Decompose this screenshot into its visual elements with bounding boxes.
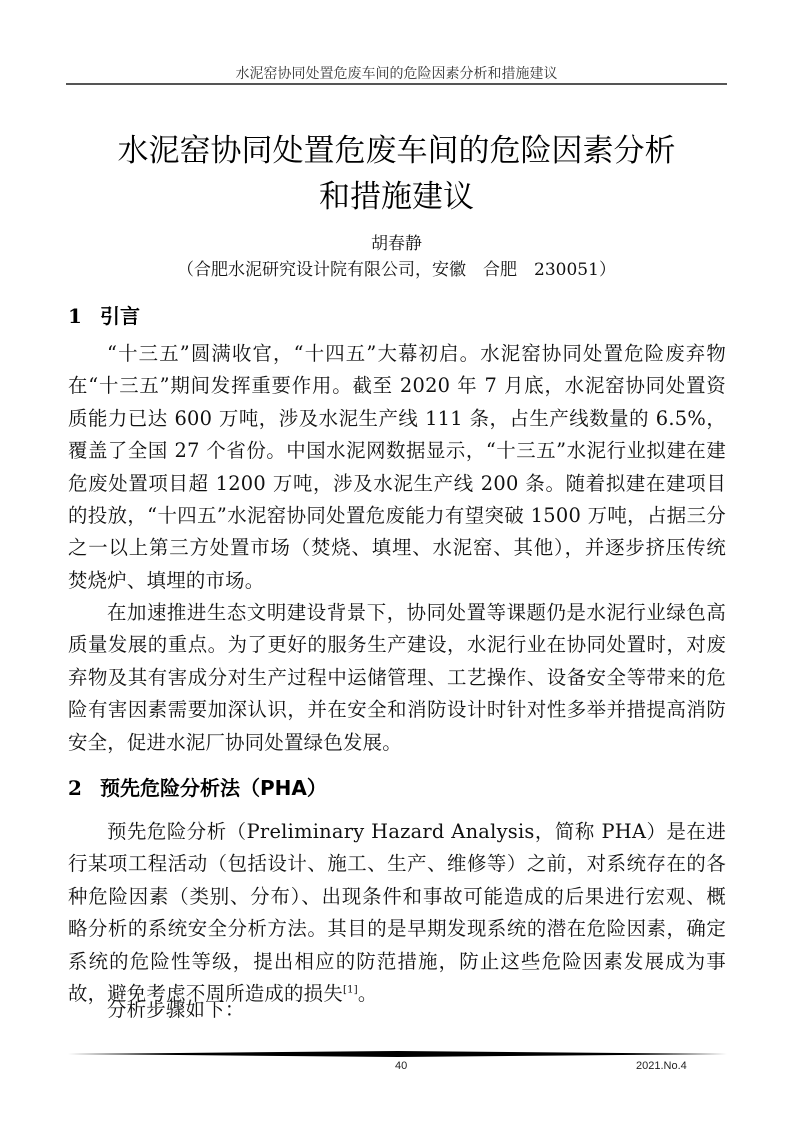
header-rule	[66, 83, 727, 85]
article-title: 水泥窑协同处置危废车间的危险因素分析 和措施建议	[66, 128, 727, 220]
paragraph-pha-1: 预先危险分析（Preliminary Hazard Analysis，简称 PH…	[68, 816, 726, 1010]
section-number: 2	[68, 774, 100, 802]
section-heading-1: 1引言	[68, 302, 140, 330]
footer-rule	[68, 1050, 727, 1058]
running-header-title: 水泥窑协同处置危废车间的危险因素分析和措施建议	[66, 63, 727, 83]
issue-label: 2021.No.4	[636, 1060, 687, 1072]
section-title: 引言	[100, 304, 140, 328]
paragraph-pha-2: 分析步骤如下：	[68, 994, 726, 1026]
article-title-line-1: 水泥窑协同处置危废车间的危险因素分析	[66, 128, 727, 174]
section-number: 1	[68, 302, 100, 330]
paragraph-intro-1: “十三五”圆满收官，“十四五”大幕初启。水泥窑协同处置危险废弃物在“十三五”期间…	[68, 338, 726, 597]
section-title: 预先危险分析法（PHA）	[100, 776, 327, 800]
article-title-line-2: 和措施建议	[66, 174, 727, 220]
paragraph-text: 预先危险分析（Preliminary Hazard Analysis，简称 PH…	[68, 820, 726, 1005]
author-name: 胡春静	[66, 232, 727, 256]
section-heading-2: 2预先危险分析法（PHA）	[68, 774, 327, 802]
page-number: 40	[395, 1060, 407, 1072]
author-affiliation: （合肥水泥研究设计院有限公司，安徽 合肥 230051）	[66, 258, 727, 282]
paragraph-intro-2: 在加速推进生态文明建设背景下，协同处置等课题仍是水泥行业绿色高质量发展的重点。为…	[68, 597, 726, 759]
